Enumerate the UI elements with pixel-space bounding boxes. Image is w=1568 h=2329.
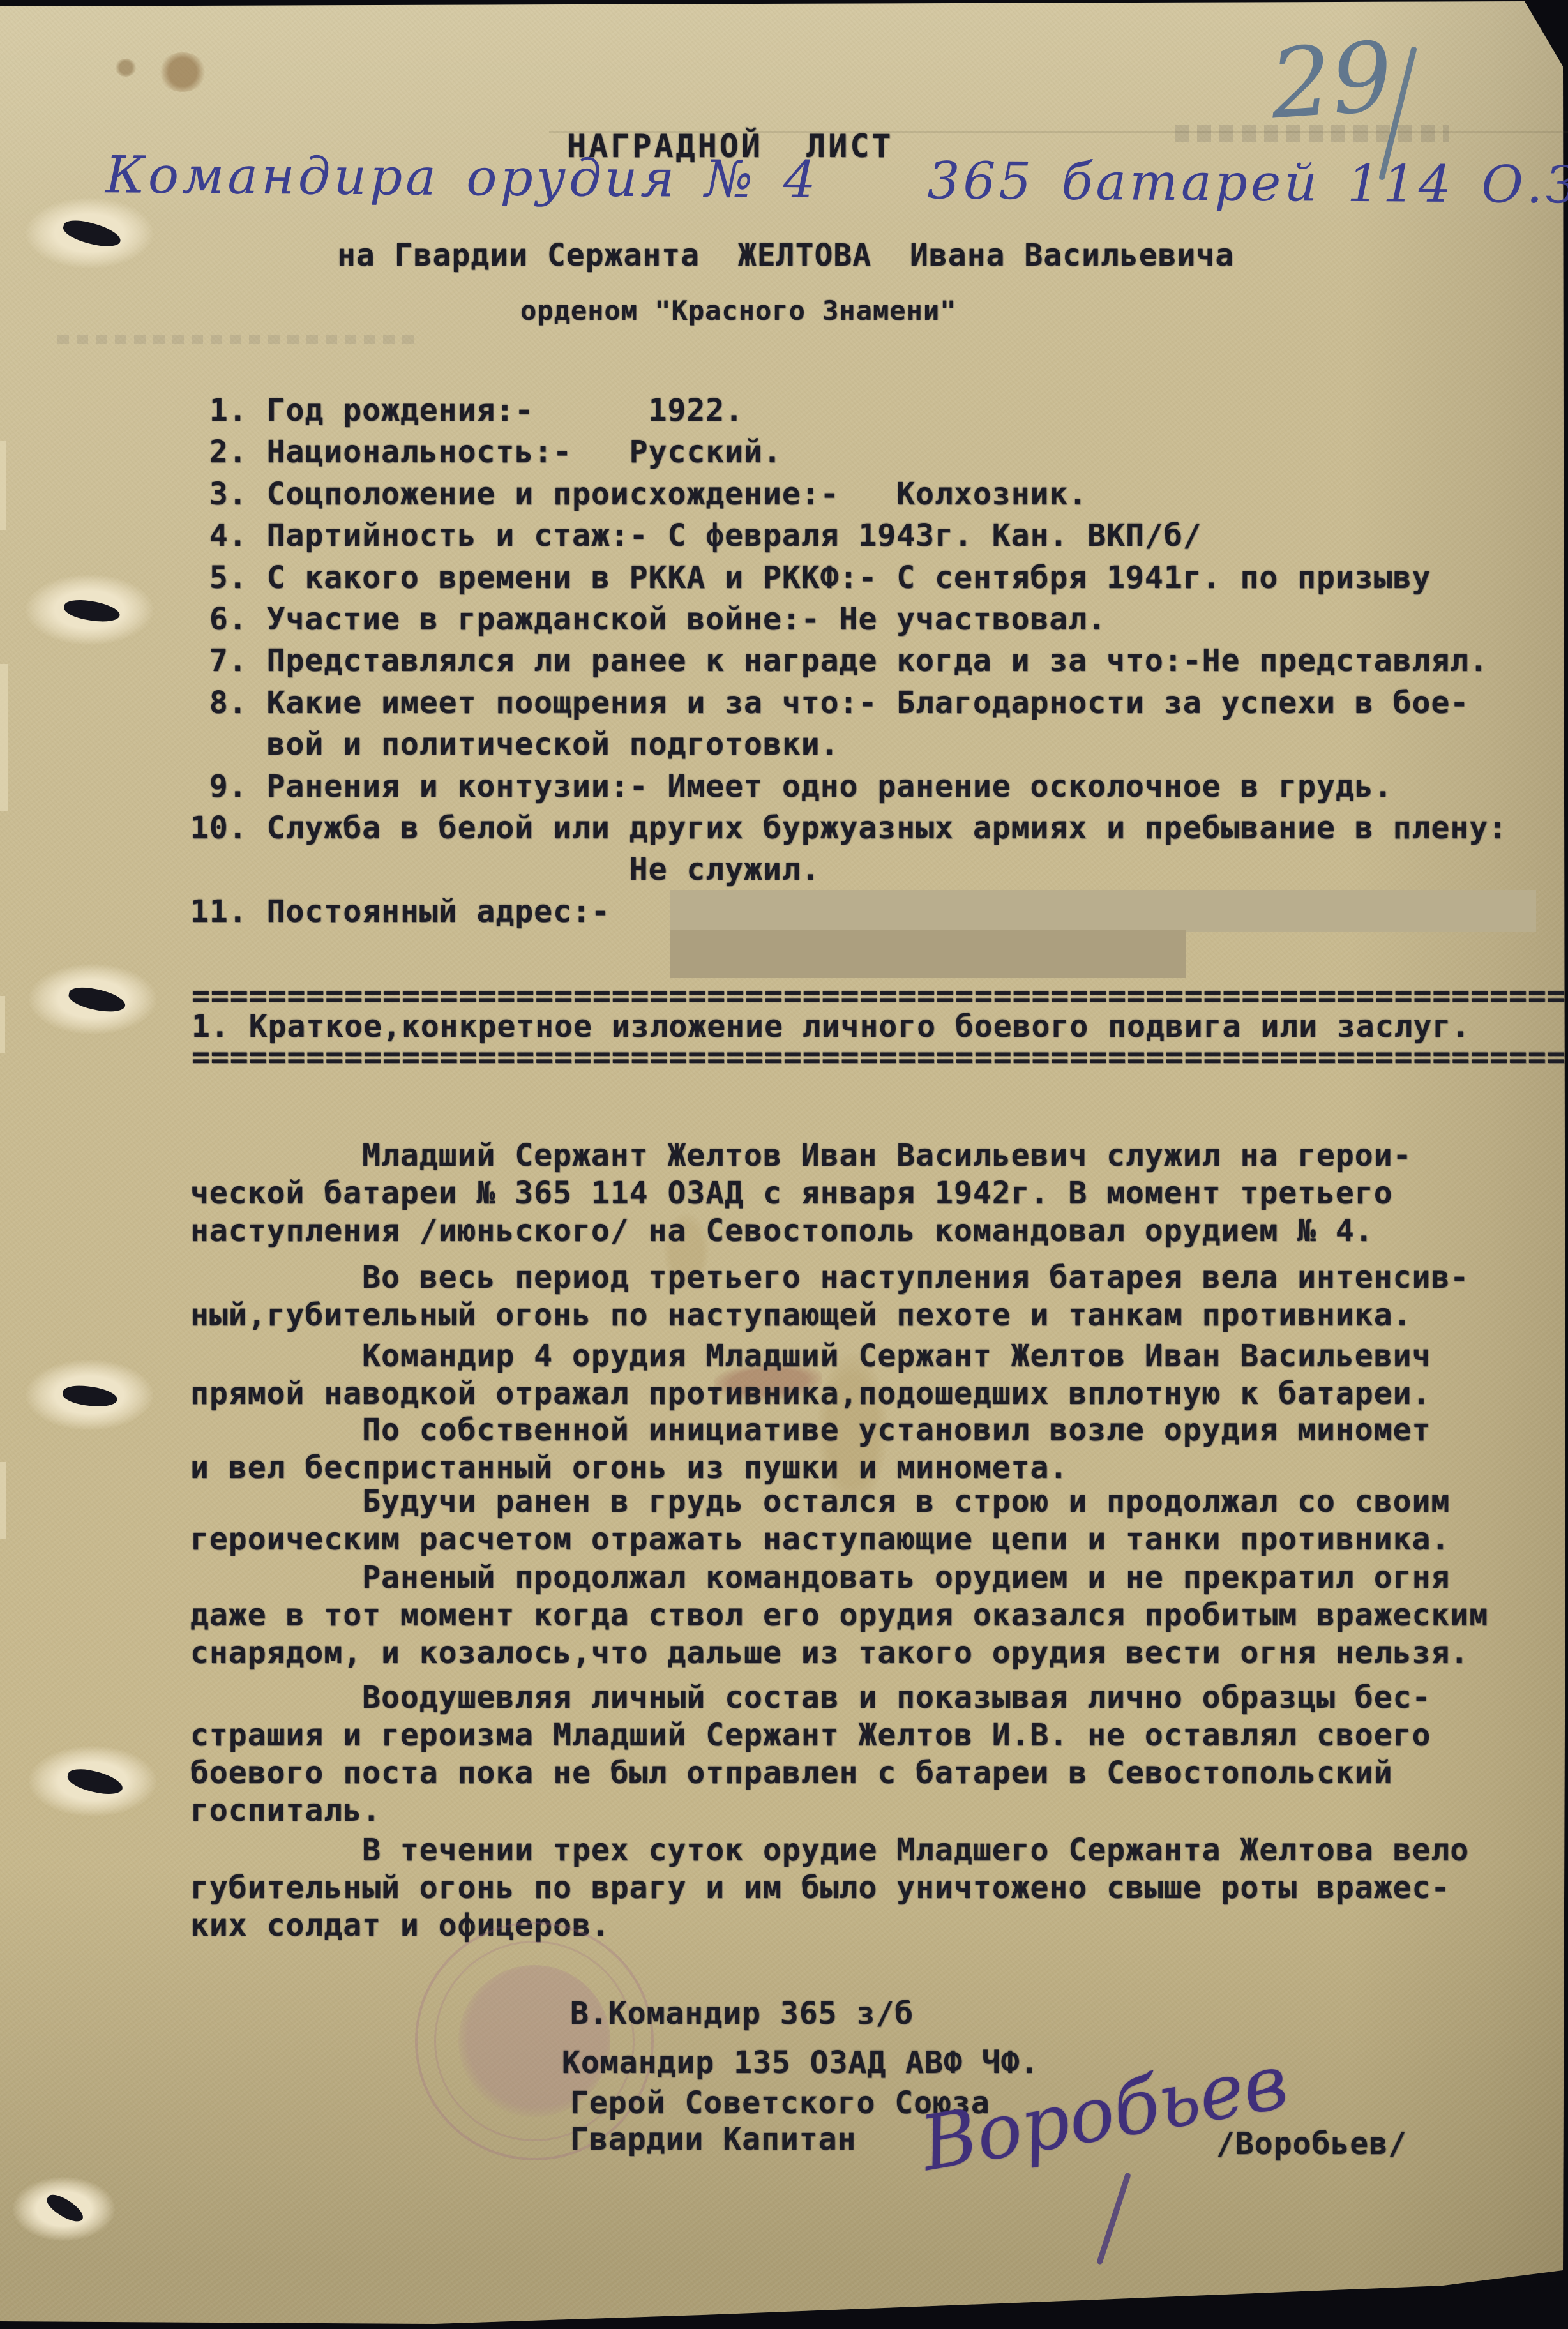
- questionnaire-line: 3. Соцположение и происхождение:- Колхоз…: [190, 476, 1507, 518]
- citation-line: ких солдат и офицеров.: [190, 1908, 1469, 1945]
- citation-paragraph: В течении трех суток орудие Младшего Сер…: [190, 1832, 1469, 1945]
- questionnaire-line: 4. Партийность и стаж:- С февраля 1943г.…: [190, 518, 1507, 559]
- punch-hole: [26, 198, 153, 268]
- recipient-line: на Гвардии Сержанта ЖЕЛТОВА Ивана Василь…: [337, 237, 1234, 273]
- citation-paragraph: Воодушевляя личный состав и показывая ли…: [190, 1680, 1431, 1830]
- citation-line: Во весь период третьего наступления бата…: [190, 1260, 1469, 1297]
- stain: [158, 52, 207, 92]
- signature-title-line: В.Командир 365 з/б: [570, 1996, 914, 2031]
- scanned-award-document: 29 НАГРАДНОЙ ЛИСТ Командира орудия № 4 3…: [0, 0, 1568, 2329]
- citation-paragraph: Будучи ранен в грудь остался в строю и п…: [190, 1484, 1450, 1559]
- citation-paragraph: Младший Сержант Желтов Иван Васильевич с…: [190, 1138, 1412, 1251]
- redaction-box: [670, 890, 1536, 932]
- citation-line: По собственной инициативе установил возл…: [190, 1412, 1431, 1450]
- questionnaire-line: 9. Ранения и контузии:- Имеет одно ранен…: [190, 769, 1507, 810]
- punch-hole: [13, 2177, 115, 2241]
- citation-paragraph: Во весь период третьего наступления бата…: [190, 1260, 1469, 1335]
- citation-line: В течении трех суток орудие Младшего Сер…: [190, 1832, 1469, 1870]
- ghost-typing: [57, 335, 415, 344]
- redaction-box: [670, 930, 1186, 978]
- questionnaire-line: вой и политической подготовки.: [190, 727, 1507, 768]
- citation-line: боевого поста пока не был отправлен с ба…: [190, 1755, 1431, 1793]
- questionnaire-line: 6. Участие в гражданской войне:- Не учас…: [190, 601, 1507, 643]
- questionnaire-list: 1. Год рождения:- 1922. 2. Национальност…: [190, 393, 1507, 935]
- section-divider-bottom: ========================================…: [192, 1039, 1566, 1075]
- citation-paragraph: Раненый продолжал командовать орудием и …: [190, 1560, 1488, 1673]
- page-number-annotation: 29: [1267, 22, 1396, 141]
- citation-line: прямой наводкой отражал противника,подош…: [190, 1376, 1431, 1413]
- citation-line: губительный огонь по врагу и им было уни…: [190, 1870, 1469, 1908]
- citation-line: Командир 4 орудия Младший Сержант Желтов…: [190, 1338, 1431, 1376]
- citation-line: Будучи ранен в грудь остался в строю и п…: [190, 1484, 1450, 1521]
- citation-line: наступления /июньского/ на Севостополь к…: [190, 1213, 1412, 1251]
- citation-line: даже в тот момент когда ствол его орудия…: [190, 1597, 1488, 1635]
- citation-line: Младший Сержант Желтов Иван Васильевич с…: [190, 1138, 1412, 1175]
- handwritten-unit-line: Командира орудия № 4 365 батарей 114 О.З…: [105, 145, 1568, 216]
- punch-hole: [26, 1360, 153, 1430]
- citation-line: и вел беспристанный огонь из пушки и мин…: [190, 1450, 1431, 1488]
- signature-name-typed: /Воробьев/: [1216, 2126, 1407, 2162]
- torn-edge-mark: [0, 664, 8, 811]
- questionnaire-line: 2. Национальность:- Русский.: [190, 434, 1507, 476]
- signature-title-line: Командир 135 ОЗАД АВФ ЧФ.: [562, 2045, 1039, 2081]
- citation-line: ный,губительный огонь по наступающей пех…: [190, 1297, 1469, 1335]
- punch-hole: [26, 575, 153, 645]
- questionnaire-line: 8. Какие имеет поощрения и за что:- Благ…: [190, 685, 1507, 727]
- questionnaire-line: Не служил.: [190, 852, 1507, 893]
- citation-line: ческой батареи № 365 114 ОЗАД с января 1…: [190, 1175, 1412, 1213]
- questionnaire-line: 1. Год рождения:- 1922.: [190, 393, 1507, 434]
- citation-paragraph: Командир 4 орудия Младший Сержант Желтов…: [190, 1338, 1431, 1413]
- torn-edge-mark: [0, 996, 5, 1053]
- citation-line: госпиталь.: [190, 1793, 1431, 1830]
- award-line: орденом "Красного Знамени": [520, 295, 956, 326]
- questionnaire-line: 5. С какого времени в РККА и РККФ:- С се…: [190, 560, 1507, 601]
- questionnaire-line: 7. Представлялся ли ранее к награде когд…: [190, 643, 1507, 684]
- citation-line: Раненый продолжал командовать орудием и …: [190, 1560, 1488, 1597]
- stain: [115, 59, 137, 77]
- punch-hole: [29, 1746, 156, 1816]
- citation-paragraph: По собственной инициативе установил возл…: [190, 1412, 1431, 1488]
- questionnaire-line: 10. Служба в белой или других буржуазных…: [190, 810, 1507, 852]
- torn-edge-mark: [0, 441, 6, 530]
- signature-title-line: Гвардии Капитан: [570, 2122, 856, 2157]
- torn-edge-mark: [0, 1462, 6, 1539]
- citation-line: героическим расчетом отражать наступающи…: [190, 1521, 1450, 1559]
- citation-line: Воодушевляя личный состав и показывая ли…: [190, 1680, 1431, 1717]
- citation-line: снарядом, и козалось,что дальше из таког…: [190, 1635, 1488, 1673]
- citation-line: страшия и героизма Младший Сержант Желто…: [190, 1717, 1431, 1755]
- punch-hole: [29, 964, 156, 1034]
